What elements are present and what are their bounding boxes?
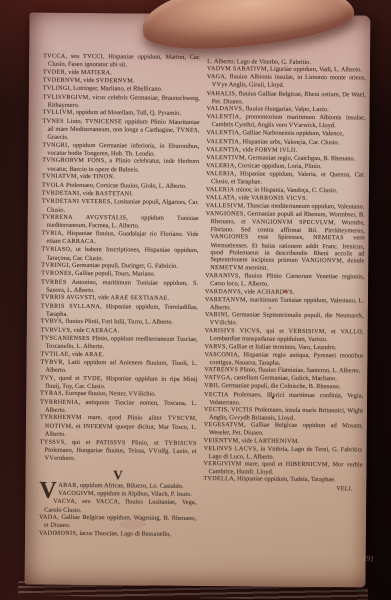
dictionary-entry: VARETANVM, maritimum Tunisiae oppidum, V… — [205, 296, 364, 313]
ink-stain — [272, 396, 274, 399]
dictionary-entry: VASCONIA, Hispaniae regio antiqua, Pyren… — [204, 351, 363, 368]
catchword: VELI. — [203, 484, 362, 493]
right-column: L. Alberto; Lago de Viterbo, G. Fabritio… — [203, 58, 366, 493]
dictionary-entry: TVNGRORVM FONS, a Plinio celebratur, ind… — [42, 157, 199, 174]
dictionary-entry: VERGIVIVM mare, quod et HIBERNICVM, Mor … — [203, 460, 362, 477]
dictionary-entry: TVRIA, Hispaniae fluuius, Guadalajar rio… — [41, 229, 198, 247]
dictionary-entry: VEGESATVM, Galliae Belgicae oppidum ad M… — [204, 421, 363, 438]
dictionary-entry: VECTIS, VICTIS Ptolemaeo, insula maris B… — [204, 406, 363, 423]
book-page: TVCCA, seu TVCCI, Hispaniae oppidum, Mar… — [25, 13, 371, 588]
dictionary-entry: VARISIVS VICVS, qui et VERSISIVM, et VAL… — [205, 327, 364, 344]
dictionary-entry: TVNES Liuio, TVNICENSE oppidum Plinio Ma… — [42, 117, 199, 142]
dictionary-entry: TVRIASO, ut habent Inscriptiones, Hispan… — [41, 246, 198, 263]
section-heading-v: V — [39, 467, 196, 481]
dictionary-entry: TVCCA, seu TVCCI, Hispaniae oppidum, Mar… — [43, 53, 200, 70]
dictionary-entry: TVRRENA AVGVSTALIS, oppidum Tunisiae med… — [42, 214, 199, 231]
dictionary-entry: TYSSVS, qui et PATISSVS Plinio, et TYBIS… — [40, 438, 197, 464]
dictionary-entry: VELINVS LACVS, in Vmbria, Lago de Terni,… — [204, 445, 363, 462]
dictionary-entry: TVNGRI, oppidum Germaniae inferioris, in… — [42, 141, 199, 158]
left-column: TVCCA, seu TVCCI, Hispaniae oppidum, Mar… — [39, 53, 200, 539]
dictionary-entry: VADIMONIS, lacus Thusciae, Lago di Bassa… — [39, 529, 196, 539]
dictionary-entry: TVDELLA, Hispaniae oppidum, Tudela, Tara… — [203, 475, 362, 485]
dictionary-entry: VECTIA Ptolemaeo, Illyrici maritimae con… — [204, 391, 363, 408]
dictionary-entry: TVRRES Antonino, maritimum Tunisiae oppi… — [41, 278, 198, 295]
dictionary-entry: TYBVR, Latii oppidum ad Anienem fluuium,… — [40, 359, 197, 376]
dictionary-entry: VARINI, Germaniae Septentrionalis populi… — [205, 311, 364, 329]
ink-stain — [269, 307, 271, 309]
dictionary-entry: VADA, Galliae Belgicae oppidum, Wagening… — [39, 514, 196, 531]
dictionary-entry: VALENTIA, promontorium maritimum Albioni… — [206, 113, 365, 131]
dictionary-entry: TVRDETANI VETERES, Lusitaniae populi, Al… — [42, 198, 199, 215]
ink-stain — [284, 290, 287, 293]
dictionary-entry: VALERIA, Hispaniae oppidum, Valeria, et … — [206, 170, 365, 187]
dictionary-entry: TYRRHENIA, antiquum Tusciae nomen, Tosca… — [40, 398, 197, 415]
dictionary-entry: VACVA, seu VACCA, fluuius Lusitaniae, Ve… — [39, 498, 196, 515]
dictionary-entry: VAHALIS, fluuius Galliae Belgicae, Rheni… — [207, 90, 366, 107]
paper-stain — [120, 520, 146, 529]
folio-number: 191 — [362, 554, 375, 564]
dictionary-entry: VANGIONES, Germaniae populi ad Rhenum, W… — [205, 210, 365, 274]
dictionary-entry: VAGA, fluuius Albionis insulae, in Limon… — [207, 73, 366, 91]
dictionary-entry: TVRRIS SYLLANA, Hispaniae oppidum, Torre… — [41, 302, 198, 319]
dictionary-entry: TVSCANIENSES Plinio, oppidum mediterrane… — [41, 335, 198, 352]
dictionary-entry: TVLISVRGIVM, vicus celebris Germaniae, B… — [43, 93, 200, 110]
dictionary-entry: TYRRHENVM mare, quod Plinio aliter TVSCV… — [40, 414, 197, 439]
photo-background: TVCCA, seu TVCCI, Hispaniae oppidum, Mar… — [0, 0, 391, 600]
dictionary-entry: VARANIVS, fluuius Plinio Carnorum Veneti… — [205, 272, 364, 289]
